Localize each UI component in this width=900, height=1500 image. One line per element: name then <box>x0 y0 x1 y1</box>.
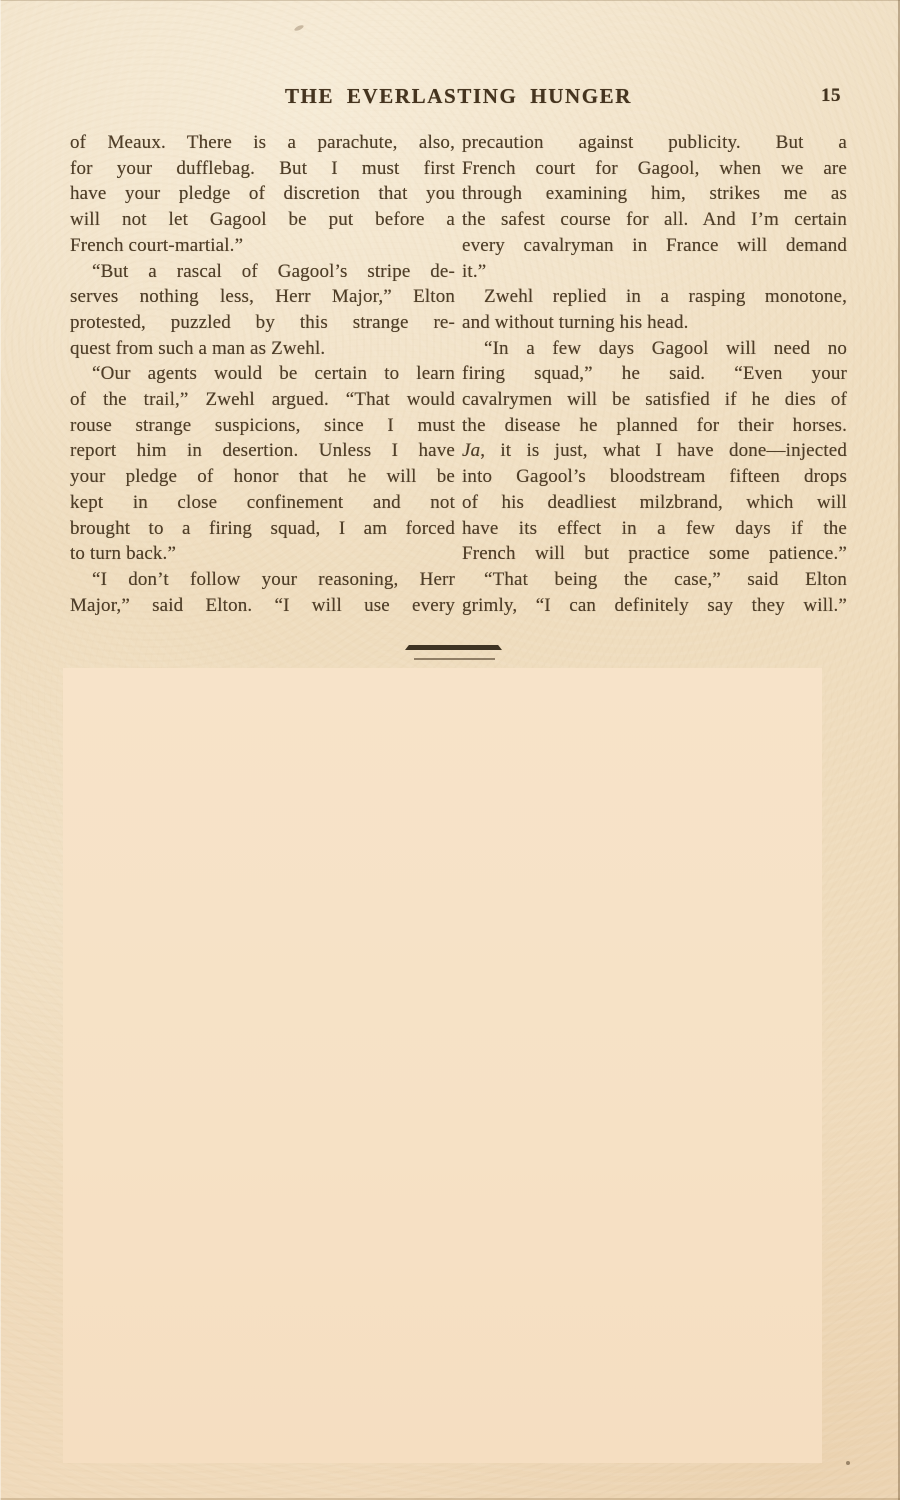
text-line: have its effect in a few days if the <box>462 516 847 542</box>
text-line: Zwehl replied in a rasping monotone, <box>462 284 847 310</box>
text-line: Ja, it is just, what I have done—injecte… <box>462 438 847 464</box>
text-line: rouse strange suspicions, since I must <box>70 413 455 439</box>
text-line: through examining him, strikes me as <box>462 181 847 207</box>
text-line: quest from such a man as Zwehl. <box>70 336 455 362</box>
ink-speck <box>846 1461 850 1465</box>
text-line: it.” <box>462 259 847 285</box>
text-line: your pledge of honor that he will be <box>70 464 455 490</box>
text-line: brought to a firing squad, I am forced <box>70 516 455 542</box>
text-line: of the trail,” Zwehl argued. “That would <box>70 387 455 413</box>
text-line: “Our agents would be certain to learn <box>70 361 455 387</box>
text-line: have your pledge of discretion that you <box>70 181 455 207</box>
text-line: firing squad,” he said. “Even your <box>462 361 847 387</box>
text-line: every cavalryman in France will demand <box>462 233 847 259</box>
text-line: the safest course for all. And I’m certa… <box>462 207 847 233</box>
text-line: to turn back.” <box>70 541 455 567</box>
text-line: for your dufflebag. But I must first <box>70 156 455 182</box>
text-columns: of Meaux. There is a parachute, also,for… <box>70 130 847 618</box>
text-line: the disease he planned for their horses. <box>462 413 847 439</box>
text-line: French will but practice some patience.” <box>462 541 847 567</box>
text-line: French court for Gagool, when we are <box>462 156 847 182</box>
text-line: “In a few days Gagool will need no <box>462 336 847 362</box>
blank-page-area <box>63 668 822 1463</box>
text-line: French court-martial.” <box>70 233 455 259</box>
text-line: of Meaux. There is a parachute, also, <box>70 130 455 156</box>
running-title: THE EVERLASTING HUNGER <box>70 84 847 109</box>
book-page: THE EVERLASTING HUNGER 15 of Meaux. Ther… <box>0 0 900 1500</box>
text-line: of his deadliest milzbrand, which will <box>462 490 847 516</box>
page-number: 15 <box>821 85 841 107</box>
text-line: “That being the case,” said Elton <box>462 567 847 593</box>
text-line: “But a rascal of Gagool’s stripe de- <box>70 259 455 285</box>
text-line: into Gagool’s bloodstream fifteen drops <box>462 464 847 490</box>
text-line: precaution against publicity. But a <box>462 130 847 156</box>
text-line: kept in close confinement and not <box>70 490 455 516</box>
right-column: precaution against publicity. But aFrenc… <box>462 130 847 618</box>
text-line: and without turning his head. <box>462 310 847 336</box>
text-line: report him in desertion. Unless I have <box>70 438 455 464</box>
paper-smudge <box>294 24 305 32</box>
left-column: of Meaux. There is a parachute, also,for… <box>70 130 455 618</box>
text-line: serves nothing less, Herr Major,” Elton <box>70 284 455 310</box>
divider-thick-rule <box>405 645 502 650</box>
text-line: grimly, “I can definitely say they will.… <box>462 593 847 619</box>
text-line: will not let Gagool be put before a <box>70 207 455 233</box>
text-line: “I don’t follow your reasoning, Herr <box>70 567 455 593</box>
divider-thin-rule <box>414 658 495 660</box>
text-line: cavalrymen will be satisfied if he dies … <box>462 387 847 413</box>
page-header: THE EVERLASTING HUNGER 15 <box>70 84 847 110</box>
text-line: protested, puzzled by this strange re- <box>70 310 455 336</box>
text-line: Major,” said Elton. “I will use every <box>70 593 455 619</box>
